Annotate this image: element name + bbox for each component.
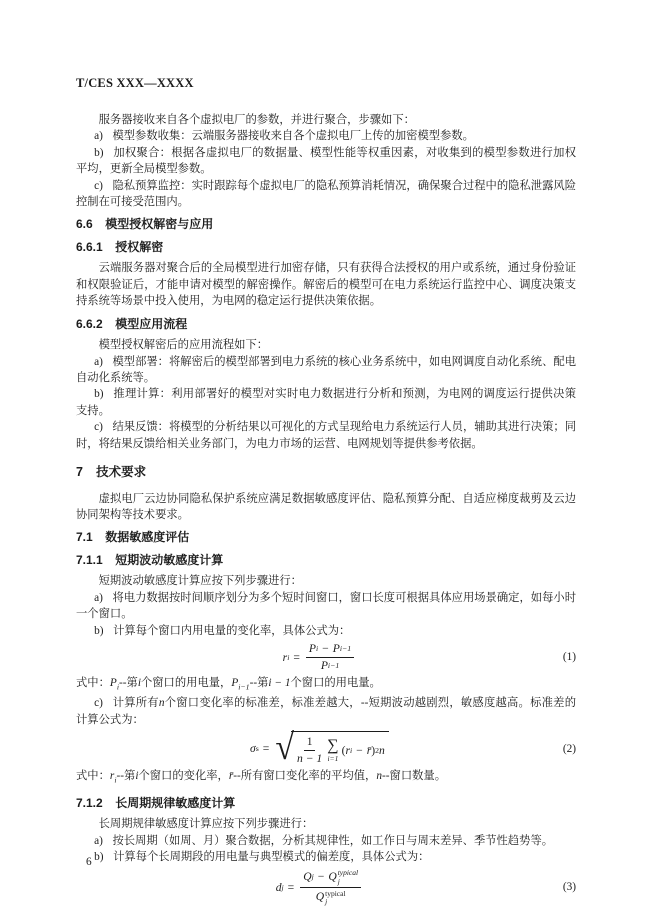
var-P: P	[110, 677, 117, 689]
list-item-b-6-6-2: b)推理计算：利用部署好的模型对实时电力数据进行分析和预测，为电网的调度运行提供…	[76, 386, 576, 419]
intro-lead-paragraph: 服务器接收来自各个虚拟电厂的参数，并进行聚合，步骤如下：	[76, 112, 576, 128]
heading-title: 短期波动敏感度计算	[115, 553, 223, 567]
intro-list-item-a: a)模型参数收集：云端服务器接收来自各个虚拟电厂上传的加密模型参数。	[76, 128, 576, 144]
minus-sign: −	[314, 870, 329, 884]
list-item-b-7-1-2: b)计算每个长周期段的用电量与典型模式的偏差度，具体公式为：	[76, 849, 576, 865]
paragraph-6-6-1: 云端服务器对聚合后的全局模型进行加密存储，只有获得合法授权的用户或系统，通过身份…	[76, 260, 576, 309]
list-text-b: 计算每个窗口内用电量的变化率，具体公式为：	[113, 625, 350, 637]
var-Q: Q	[316, 890, 324, 904]
sub-sup-stack: typicalj	[338, 869, 358, 886]
list-label-b: b)	[94, 388, 113, 400]
equation-1: ri=Pi−Pi−1Pi−1	[283, 642, 356, 673]
note-text: 个窗口的用电量，	[141, 677, 231, 689]
heading-7: 7技术要求	[76, 464, 576, 481]
equation-number-2: (2)	[563, 743, 576, 755]
doc-code-header: T/CES XXX—XXXX	[76, 76, 576, 91]
note-text: --所有窗口变化率的平均值，	[233, 770, 376, 782]
heading-number: 6.6	[76, 217, 93, 231]
heading-6-6-1: 6.6.1授权解密	[76, 239, 576, 256]
heading-7-1: 7.1数据敏感度评估	[76, 529, 576, 546]
paragraph-7: 虚拟电厂云边协同隐私保护系统应满足数据敏感度评估、隐私预算分配、自适应梯度裁剪及…	[76, 491, 576, 524]
sub-i-1: i−1	[238, 682, 249, 691]
list-text-b: 加权聚合：根据各虚拟电厂的数据量、模型性能等权重因素，对收集到的模型参数进行加权…	[76, 147, 576, 175]
heading-7-1-2: 7.1.2长周期规律敏感度计算	[76, 795, 576, 812]
equals-sign: =	[259, 742, 274, 755]
formula-3: dj=Qj−QtypicaljQtypicalj (3)	[76, 868, 576, 906]
fraction: Qj−QtypicaljQtypicalj	[300, 868, 361, 906]
heading-number: 6.6.1	[76, 240, 103, 254]
minus-sign: −	[352, 744, 367, 757]
list-item-a-6-6-2: a)模型部署：将解密后的模型部署到电力系统的核心业务系统中，如电网调度自动化系统…	[76, 354, 576, 387]
heading-number: 7.1.2	[76, 796, 103, 810]
list-text-a: 模型参数收集：云端服务器接收来自各个虚拟电厂上传的加密模型参数。	[112, 130, 474, 142]
note-text: --窗口数量。	[382, 770, 446, 782]
sum-lower-limit: i=1	[327, 755, 338, 763]
intro-list-item-c: c)隐私预算监控：实时跟踪每个虚拟电厂的隐私预算消耗情况，确保聚合过程中的隐私泄…	[76, 178, 576, 211]
list-item-a-7-1-2: a)按长周期（如周、月）聚合数据，分析其规律性，如工作日与周末差异、季节性趋势等…	[76, 833, 576, 849]
note-text: --第	[119, 677, 138, 689]
list-text-c: 隐私预算监控：实时跟踪每个虚拟电厂的隐私预算消耗情况，确保聚合过程中的隐私泄露风…	[76, 180, 576, 208]
formula-1-note: 式中：Pi--第i个窗口的用电量，Pi−1--第i − 1个窗口的用电量。	[76, 675, 576, 696]
list-item-a-7-1-1: a)将电力数据按时间顺序划分为多个短时间窗口，窗口长度可根据具体应用场景确定，如…	[76, 590, 576, 623]
note-text: --第	[116, 770, 135, 782]
formula-2-note: 式中：ri--第i个窗口的变化率，r̄--所有窗口变化率的平均值，n--窗口数量…	[76, 768, 576, 789]
list-label-a: a)	[94, 356, 112, 368]
var-i-1: i − 1	[268, 677, 290, 689]
heading-number: 7.1.1	[76, 553, 103, 567]
equation-3: dj=Qj−QtypicaljQtypicalj	[276, 868, 363, 906]
list-item-c-6-6-2: c)结果反馈：将模型的分析结果以可视化的方式呈现给电力系统运行人员，辅助其进行决…	[76, 419, 576, 452]
square-root: √1n − 1∑i=1(ri−r̄)2n	[275, 731, 389, 766]
list-text-a: 模型部署：将解密后的模型部署到电力系统的核心业务系统中，如电网调度自动化系统、配…	[76, 356, 576, 384]
document-page: T/CES XXX—XXXX 服务器接收来自各个虚拟电厂的参数，并进行聚合，步骤…	[0, 0, 650, 919]
sub-j: j	[338, 878, 340, 887]
sub-sup-stack: typicalj	[325, 890, 345, 907]
equation-number-3: (3)	[563, 881, 576, 893]
list-text-b: 推理计算：利用部署好的模型对实时电力数据进行分析和预测，为电网的调度运行提供决策…	[76, 388, 576, 416]
equals-sign: =	[289, 651, 304, 664]
var-n: n	[379, 744, 385, 757]
formula-1: ri=Pi−Pi−1Pi−1 (1)	[76, 642, 576, 673]
heading-title: 技术要求	[96, 465, 146, 479]
heading-number: 7	[76, 465, 83, 479]
var-Q: Q	[328, 870, 336, 884]
list-item-c-7-1-1: c)计算所有n个窗口变化率的标准差，标准差越大，--短期波动越剧烈，敏感度越高。…	[76, 695, 576, 728]
list-text-c: 结果反馈：将模型的分析结果以可视化的方式呈现给电力系统运行人员，辅助其进行决策；…	[76, 421, 576, 449]
note-text: 个窗口的用电量。	[290, 677, 380, 689]
equals-sign: =	[284, 881, 299, 894]
page-number: 6	[86, 856, 92, 868]
summation: ∑i=1	[327, 738, 338, 763]
heading-number: 6.6.2	[76, 317, 103, 331]
list-text-a: 将电力数据按时间顺序划分为多个短时间窗口，窗口长度可根据具体应用场景确定，如每小…	[76, 592, 576, 620]
fraction: 1n − 1	[297, 735, 322, 766]
heading-title: 模型授权解密与应用	[105, 217, 213, 231]
sigma-sum-icon: ∑	[327, 738, 338, 754]
heading-6-6: 6.6模型授权解密与应用	[76, 216, 576, 233]
list-label-a: a)	[94, 835, 112, 847]
lead-7-1-2: 长周期规律敏感度计算应按下列步骤进行：	[76, 816, 576, 832]
lead-7-1-1: 短期波动敏感度计算应按下列步骤进行：	[76, 573, 576, 589]
list-text-b: 计算每个长周期段的用电量与典型模式的偏差度，具体公式为：	[113, 851, 429, 863]
list-label-b: b)	[94, 851, 113, 863]
note-prefix: 式中：	[76, 770, 110, 782]
fraction-denominator: n − 1	[297, 751, 322, 766]
minus-sign: −	[318, 642, 333, 656]
heading-6-6-2: 6.6.2模型应用流程	[76, 316, 576, 333]
var-P: P	[321, 659, 328, 673]
var-Q: Q	[303, 870, 311, 884]
list-label-c: c)	[94, 180, 112, 192]
heading-title: 授权解密	[115, 240, 163, 254]
note-text: 个窗口的变化率，	[138, 770, 228, 782]
var-P: P	[333, 642, 340, 656]
heading-title: 模型应用流程	[115, 317, 187, 331]
formula-2: σs=√1n − 1∑i=1(ri−r̄)2n (2)	[76, 731, 576, 766]
sub-i-1: i−1	[340, 644, 351, 653]
fraction: Pi−Pi−1Pi−1	[306, 642, 354, 673]
sup-typical: typical	[338, 869, 358, 878]
list-label-c: c)	[94, 421, 112, 433]
list-text-c-pre: 计算所有	[112, 697, 158, 709]
intro-list-item-b: b)加权聚合：根据各虚拟电厂的数据量、模型性能等权重因素，对收集到的模型参数进行…	[76, 145, 576, 178]
sup-typical: typical	[325, 890, 345, 899]
note-text: --第	[250, 677, 269, 689]
heading-7-1-1: 7.1.1短期波动敏感度计算	[76, 552, 576, 569]
list-label-b: b)	[94, 147, 113, 159]
list-label-c: c)	[94, 697, 112, 709]
lead-6-6-2: 模型授权解密后的应用流程如下：	[76, 337, 576, 353]
note-prefix: 式中：	[76, 677, 110, 689]
heading-title: 数据敏感度评估	[105, 530, 189, 544]
radical-sign: √	[275, 731, 294, 766]
heading-title: 长周期规律敏感度计算	[115, 796, 235, 810]
heading-number: 7.1	[76, 530, 93, 544]
list-item-b-7-1-1: b)计算每个窗口内用电量的变化率，具体公式为：	[76, 623, 576, 639]
sub-j: j	[325, 898, 327, 907]
list-label-a: a)	[94, 130, 112, 142]
list-label-b: b)	[94, 625, 113, 637]
list-text-a: 按长周期（如周、月）聚合数据，分析其规律性，如工作日与周末差异、季节性趋势等。	[112, 835, 553, 847]
fraction-numerator: 1	[304, 735, 316, 751]
sub-i-1: i−1	[328, 661, 339, 670]
var-P: P	[309, 642, 316, 656]
equation-number-1: (1)	[563, 651, 576, 663]
equation-2: σs=√1n − 1∑i=1(ri−r̄)2n	[250, 731, 389, 766]
list-label-a: a)	[94, 592, 112, 604]
